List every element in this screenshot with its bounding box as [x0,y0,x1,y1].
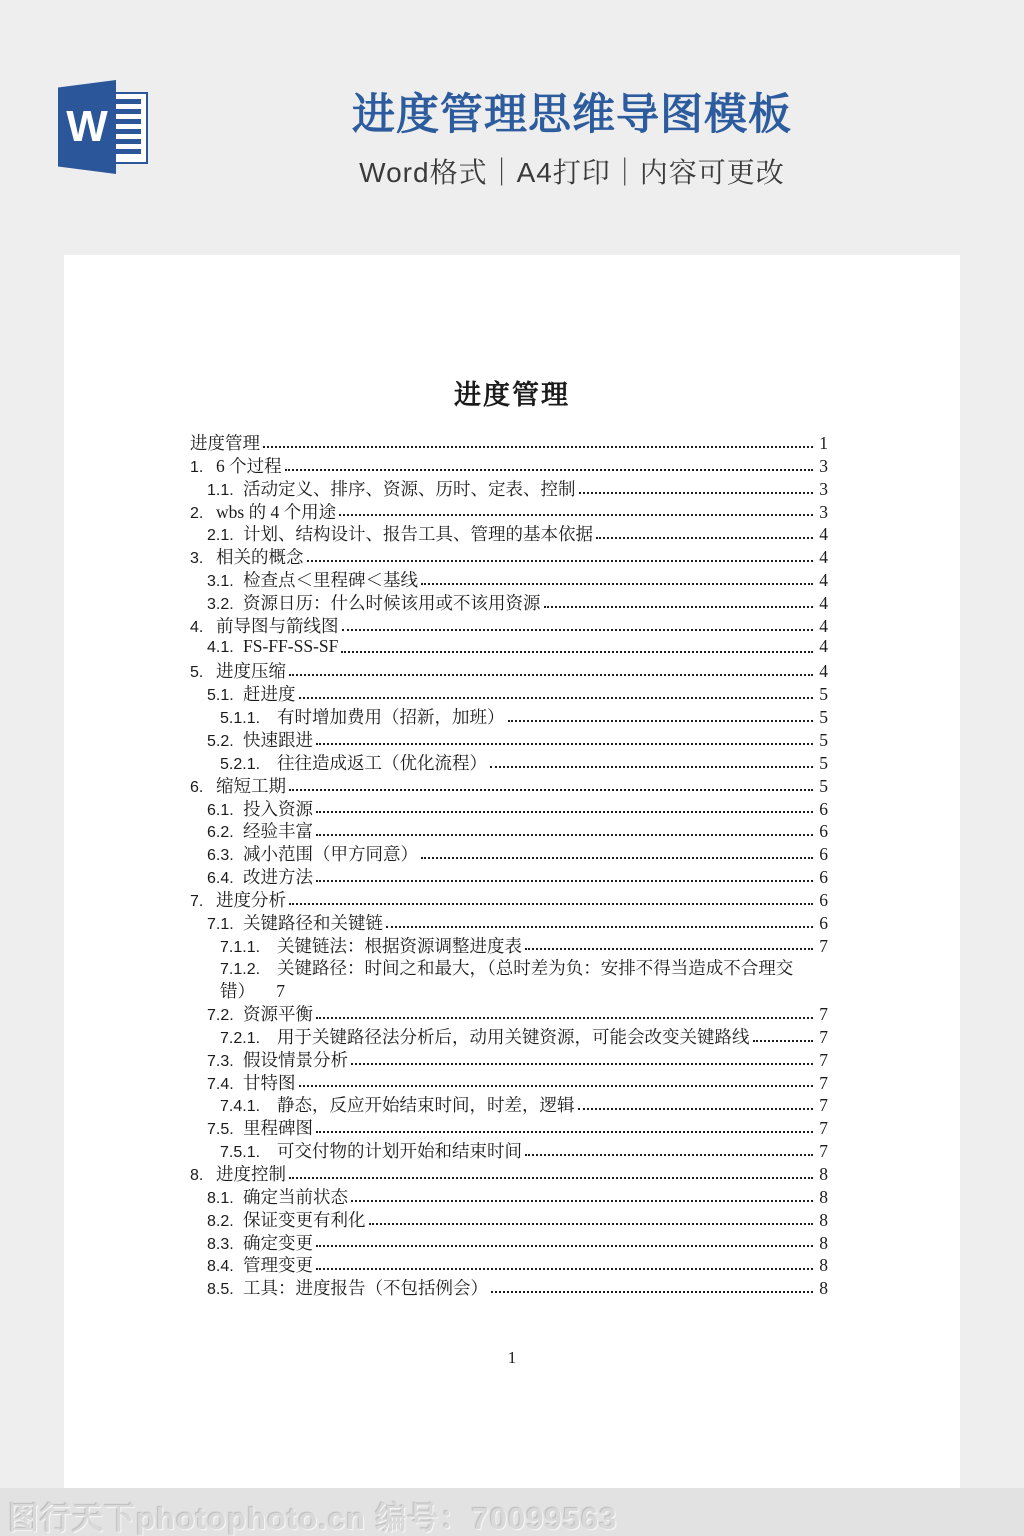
toc-entry-text: 关键路径和关键链 [243,910,383,935]
toc-page-number: 4 [816,616,828,637]
toc-page-number: 3 [816,456,828,477]
toc-entry: 8.4.管理变更8 [190,1252,828,1275]
toc-entry-number: 7.2. [207,1007,243,1025]
toc-page-number: 8 [816,1210,828,1231]
toc-entry: 5.2.快速跟进5 [190,727,828,750]
toc-dot-leader [316,1017,813,1019]
toc-dot-leader [316,880,813,882]
toc-entry-number: 7.5.1. [220,1144,277,1162]
toc-entry: 7.1.关键路径和关键链6 [190,910,828,933]
toc-entry-number: 8. [190,1167,216,1185]
toc-page-number: 3 [816,502,828,523]
toc-entry-text: 赶进度 [243,681,296,706]
toc-dot-leader [351,1063,813,1065]
toc-page-number: 6 [816,821,828,842]
watermark-bar: 图行天下photophoto.cn 编号：70099563 [0,1488,1024,1536]
toc-page-number: 6 [816,913,828,934]
toc-page-number: 5 [816,684,828,705]
preview-header: W 进度管理思维导图模板 Word格式｜A4打印｜内容可更改 [0,0,1024,255]
toc-dot-leader [316,811,813,813]
toc-entry: 1.6 个过程3 [190,453,828,476]
toc-entry-number: 6. [190,779,216,797]
toc-entry-number: 7.1.1. [220,939,277,957]
toc-page-number: 6 [816,799,828,820]
toc-entry-text: 前导图与箭线图 [216,613,339,638]
toc-entry: 7.1.2.关键路径：时间之和最大，（总时差为负：安排不得当造成不合理交 [190,955,828,978]
toc-dot-leader [351,1200,813,1202]
toc-entry-number: 5.1. [207,687,243,705]
template-title: 进度管理思维导图模板 [262,92,882,139]
toc-page-number: 7 [816,936,828,957]
watermark-text: 图行天下photophoto.cn 编号：70099563 [0,1488,1024,1536]
toc-page-number: 4 [816,593,828,614]
toc-entry-text: 进度控制 [216,1161,286,1186]
toc-entry-number: 4.1. [207,639,243,657]
toc-entry-text: 往往造成返工（优化流程） [277,750,487,775]
toc-dot-leader [596,537,813,539]
toc-entry-number: 6.2. [207,824,243,842]
toc-entry-number: 2. [190,505,216,523]
toc-page-number: 5 [816,730,828,751]
toc-page-number: 7 [273,981,285,1002]
toc-entry: 7.5.里程碑图7 [190,1115,828,1138]
toc-entry-number: 6.4. [207,870,243,888]
toc-entry: 5.1.1.有时增加费用（招新，加班）5 [190,704,828,727]
toc-entry-text: 相关的概念 [216,544,304,569]
toc-dot-leader [299,1085,814,1087]
toc-entry-number: 5.2.1. [220,756,277,774]
toc-dot-leader [341,651,813,653]
toc-page-number: 1 [816,433,828,454]
toc-entry: 3.2.资源日历：什么时候该用或不该用资源4 [190,590,828,613]
toc-entry-number: 1. [190,459,216,477]
toc-entry-number: 4. [190,619,216,637]
toc-entry: 8.进度控制8 [190,1161,828,1184]
toc-entry-text: 减小范围（甲方同意） [243,841,418,866]
toc-dot-leader [579,492,814,494]
toc-page-number: 5 [816,776,828,797]
toc-entry-text: 可交付物的计划开始和结束时间 [277,1138,522,1163]
toc-dot-leader [491,1291,813,1293]
toc-page-number: 4 [816,636,828,657]
toc-entry: 4.前导图与箭线图4 [190,613,828,636]
toc-entry: 7.4.1.静态，反应开始结束时间，时差，逻辑7 [190,1092,828,1115]
toc-entry: 6.4.改进方法6 [190,864,828,887]
toc-entry-continuation: 错）7 [190,978,828,1001]
toc-page-number: 7 [816,1050,828,1071]
toc-dot-leader [289,1177,813,1179]
document-title: 进度管理 [64,255,960,412]
toc-entry-text: 关键路径：时间之和最大，（总时差为负：安排不得当造成不合理交 [277,955,828,980]
toc-entry-number: 6.1. [207,802,243,820]
toc-page-number: 7 [816,1073,828,1094]
toc-entry-text: 确定变更 [243,1230,313,1255]
header-text-block: 进度管理思维导图模板 Word格式｜A4打印｜内容可更改 [262,92,882,191]
toc-entry: 6.2.经验丰富6 [190,818,828,841]
toc-page-number: 7 [816,1027,828,1048]
toc-page-number: 4 [816,570,828,591]
toc-entry-number: 7.1. [207,916,243,934]
toc-dot-leader [299,697,814,699]
toc-page-number: 7 [816,1141,828,1162]
document-page: 进度管理 进度管理11.6 个过程31.1.活动定义、排序、资源、历时、定表、控… [64,255,960,1488]
toc-dot-leader [369,1223,814,1225]
toc-entry: 6.1.投入资源6 [190,796,828,819]
toc-page-number: 8 [816,1233,828,1254]
toc-dot-leader [342,629,814,631]
toc-entry-text: 6 个过程 [216,453,282,478]
toc-page-number: 7 [816,1004,828,1025]
toc-entry: 8.3.确定变更8 [190,1230,828,1253]
toc-page-number: 5 [816,707,828,728]
toc-entry-number: 3.1. [207,573,243,591]
toc-entry-text: 投入资源 [243,796,313,821]
toc-entry: 5.进度压缩4 [190,658,828,681]
toc-entry-number: 2.1. [207,527,243,545]
toc-entry: 7.1.1.关键链法：根据资源调整进度表7 [190,933,828,956]
toc-entry-number: 3. [190,550,216,568]
toc-entry-text: 保证变更有利化 [243,1207,366,1232]
toc-entry: 6.3.减小范围（甲方同意）6 [190,841,828,864]
toc-entry-text: 里程碑图 [243,1115,313,1140]
toc-entry-text: 检查点＜里程碑＜基线 [243,567,418,592]
toc-entry-text: 关键链法：根据资源调整进度表 [277,933,522,958]
toc-entry-text: 有时增加费用（招新，加班） [277,704,505,729]
toc-dot-leader [316,1268,813,1270]
toc-entry: 7.进度分析6 [190,887,828,910]
page-number: 1 [508,1348,517,1367]
toc-entry: 5.1.赶进度5 [190,681,828,704]
toc-entry-text: 计划、结构设计、报告工具、管理的基本依据 [243,521,593,546]
toc-entry: 4.1.FS-FF-SS-SF4 [190,636,828,659]
toc-dot-leader [285,469,813,471]
toc-entry-text: 改进方法 [243,864,313,889]
toc-dot-leader [421,857,813,859]
toc-dot-leader [490,766,813,768]
toc-page-number: 6 [816,844,828,865]
toc-entry-text: 进度压缩 [216,658,286,683]
toc-entry: 2.1.计划、结构设计、报告工具、管理的基本依据4 [190,521,828,544]
toc-entry-number: 8.4. [207,1258,243,1276]
toc-entry: 1.1.活动定义、排序、资源、历时、定表、控制3 [190,476,828,499]
toc-entry-text: FS-FF-SS-SF [243,636,338,657]
toc-entry-number: 8.1. [207,1190,243,1208]
toc-dot-leader [289,674,813,676]
toc-entry: 7.2.1.用于关键路径法分析后，动用关键资源，可能会改变关键路线7 [190,1024,828,1047]
word-letter: W [66,105,108,149]
toc-entry-number: 7.1.2. [220,961,277,979]
toc-entry-number: 7.2.1. [220,1030,277,1048]
toc-entry-number: 6.3. [207,847,243,865]
toc-entry: 5.2.1.往往造成返工（优化流程）5 [190,750,828,773]
toc-entry-number: 7.4.1. [220,1098,277,1116]
toc-page-number: 7 [816,1095,828,1116]
toc-entry-number: 7. [190,893,216,911]
toc-entry-text: 资源日历：什么时候该用或不该用资源 [243,590,541,615]
toc-page-number: 4 [816,547,828,568]
toc-entry-text: 快速跟进 [243,727,313,752]
toc-entry: 6.缩短工期5 [190,773,828,796]
toc-page-number: 4 [816,524,828,545]
toc-page-number: 6 [816,890,828,911]
toc-entry-text: 管理变更 [243,1252,313,1277]
toc-dot-leader [316,743,813,745]
toc-dot-leader [525,948,813,950]
toc-entry: 3.1.检查点＜里程碑＜基线4 [190,567,828,590]
toc-dot-leader [508,720,814,722]
toc-page-number: 8 [816,1164,828,1185]
template-subtitle: Word格式｜A4打印｜内容可更改 [262,151,882,191]
toc-entry: 2.wbs 的 4 个用途3 [190,499,828,522]
word-logo-icon: W [58,80,154,174]
toc-entry-text: 工具：进度报告（不包括例会） [243,1275,488,1300]
toc-entry: 进度管理1 [190,430,828,453]
toc-dot-leader [421,583,813,585]
toc-page-number: 5 [816,753,828,774]
toc-entry-text: 进度分析 [216,887,286,912]
toc-page-number: 8 [816,1255,828,1276]
toc-entry-number: 7.4. [207,1076,243,1094]
toc-dot-leader [578,1108,814,1110]
toc-entry-number: 7.3. [207,1053,243,1071]
toc-entry-number: 8.3. [207,1236,243,1254]
toc-page-number: 3 [816,479,828,500]
toc-page-number: 6 [816,867,828,888]
toc-dot-leader [307,560,814,562]
toc-dot-leader [316,1245,813,1247]
toc-dot-leader [753,1040,814,1042]
toc-dot-leader [289,789,813,791]
toc-entry-text: 静态，反应开始结束时间，时差，逻辑 [277,1092,575,1117]
toc-entry: 7.2.资源平衡7 [190,1001,828,1024]
toc-entry-number: 7.5. [207,1121,243,1139]
toc-dot-leader [316,834,813,836]
toc-entry: 7.4.甘特图7 [190,1070,828,1093]
toc-entry: 8.2.保证变更有利化8 [190,1207,828,1230]
toc-dot-leader [544,606,814,608]
toc-entry-text: 经验丰富 [243,818,313,843]
toc-entry-text: 确定当前状态 [243,1184,348,1209]
toc-entry-number: 8.5. [207,1281,243,1299]
toc-page-number: 8 [816,1187,828,1208]
toc-entry-number: 5. [190,664,216,682]
toc-entry-number: 8.2. [207,1213,243,1231]
toc-entry: 8.5.工具：进度报告（不包括例会）8 [190,1275,828,1298]
toc-entry-number: 1.1. [207,482,243,500]
toc-entry-text: 活动定义、排序、资源、历时、定表、控制 [243,476,576,501]
toc-entry: 3.相关的概念4 [190,544,828,567]
toc-entry-text: 用于关键路径法分析后，动用关键资源，可能会改变关键路线 [277,1024,750,1049]
toc-entry-text: wbs 的 4 个用途 [216,499,336,524]
toc-page-number: 4 [816,661,828,682]
toc-entry-text: 假设情景分析 [243,1047,348,1072]
toc-entry: 7.5.1.可交付物的计划开始和结束时间7 [190,1138,828,1161]
toc-entry: 7.3.假设情景分析7 [190,1047,828,1070]
toc-dot-leader [289,903,813,905]
toc-entry-text: 甘特图 [243,1070,296,1095]
toc-entry-text: 错） [220,978,255,1003]
toc-entry: 8.1.确定当前状态8 [190,1184,828,1207]
toc-entry-text: 缩短工期 [216,773,286,798]
toc-dot-leader [525,1154,813,1156]
toc-entry-text: 资源平衡 [243,1001,313,1026]
word-logo-panel: W [58,80,116,174]
toc-page-number: 8 [816,1278,828,1299]
toc: 进度管理11.6 个过程31.1.活动定义、排序、资源、历时、定表、控制32.w… [190,430,828,1298]
toc-dot-leader [316,1131,813,1133]
toc-dot-leader [263,446,813,448]
toc-dot-leader [386,926,813,928]
toc-entry-number: 3.2. [207,596,243,614]
toc-entry-number: 5.1.1. [220,710,277,728]
toc-dot-leader [339,514,813,516]
toc-entry-number: 5.2. [207,733,243,751]
toc-entry-text: 进度管理 [190,430,260,455]
toc-page-number: 7 [816,1118,828,1139]
